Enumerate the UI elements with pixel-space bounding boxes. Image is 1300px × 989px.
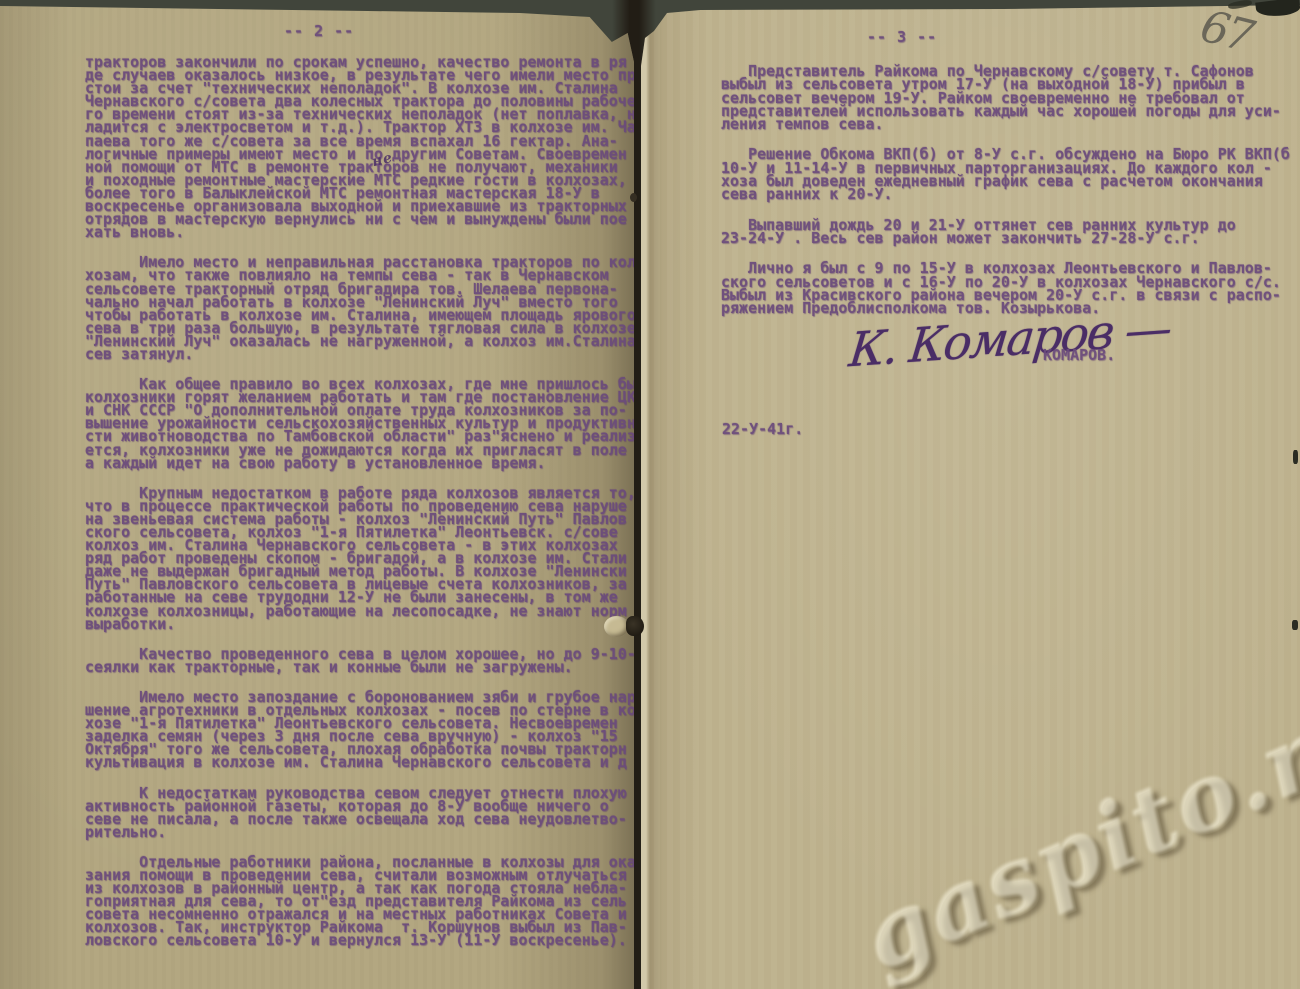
paragraph: тракторов закончили по срокам успешно, к… xyxy=(85,56,637,239)
paragraph: Качество проведенного сева в целом хорош… xyxy=(85,648,637,674)
page-number-2: -- 2 -- xyxy=(284,22,354,40)
page-2: -- 2 -- тракторов закончили по срокам ус… xyxy=(0,0,634,989)
scan-edge-mark xyxy=(1293,450,1298,464)
page-number-3: -- 3 -- xyxy=(867,28,937,46)
text-line: культивация в колхозе им. Сталина Чернав… xyxy=(85,756,637,769)
document-date: 22-У-41г. xyxy=(722,420,803,438)
page-3-text: Представитель Райкома по Чернавскому с/с… xyxy=(721,65,1300,332)
paragraph: Как общее правило во всех колхозах, где … xyxy=(85,378,637,470)
text-line: хать вновь. xyxy=(85,226,637,239)
text-line: ления темпов сева. xyxy=(721,118,1300,131)
paragraph: Отдельные работники района, посланные в … xyxy=(85,856,637,948)
paragraph: Имело место и неправильная расстановка т… xyxy=(85,256,637,361)
folio-number: 67 xyxy=(1196,1,1257,63)
text-line: сеялки как тракторные, так и конные были… xyxy=(85,661,637,674)
typed-signature: КОМАРОВ. xyxy=(1043,346,1115,364)
binding-thread xyxy=(626,616,644,636)
ink-speck xyxy=(630,193,637,202)
paragraph: Выпавший дождь 20 и 21-У оттянет сев ран… xyxy=(721,219,1300,246)
text-line: ловского сельсовета 10-У и вернулся 13-У… xyxy=(85,934,637,947)
text-line: севе не писала, а после также освещала х… xyxy=(85,813,637,826)
page-3: -- 3 -- 67 Представитель Райкома по Черн… xyxy=(641,0,1300,989)
archival-document-scan: -- 2 -- тракторов закончили по срокам ус… xyxy=(0,0,1300,989)
paragraph: Имело место запоздание с боронованием зя… xyxy=(85,691,637,770)
paragraph: К недостаткам руководства севом следует … xyxy=(85,787,637,839)
paragraph: Крупным недостатком в работе ряда колхоз… xyxy=(85,487,637,631)
paragraph: Представитель Райкома по Чернавскому с/с… xyxy=(721,65,1300,131)
paragraph: Решение Обкома ВКП(б) от 8-У с.г. обсужд… xyxy=(721,148,1300,201)
text-line: сева ранних к 20-У. xyxy=(721,188,1300,201)
paragraph: Лично я был с 9 по 15-У в колхозах Леонт… xyxy=(721,262,1300,315)
page-2-text: тракторов закончили по срокам успешно, к… xyxy=(85,56,637,965)
scan-edge-mark xyxy=(1292,620,1298,630)
